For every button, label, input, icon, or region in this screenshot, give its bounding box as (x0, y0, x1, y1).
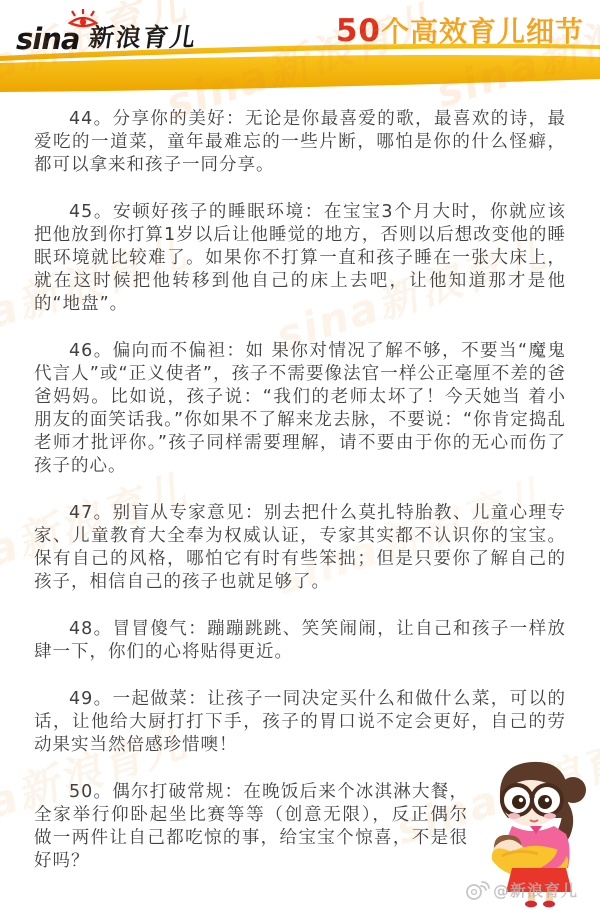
sina-logo-cn-text: 新浪育儿 (87, 23, 199, 53)
tip-paragraph-47: 47。别盲从专家意见：别去把什么莫扎特胎教、儿童心理专家、儿童教育大全奉为权威认… (34, 502, 566, 594)
title-number: 50 (336, 13, 381, 49)
weibo-credit: @新浪育儿 (464, 878, 578, 901)
tip-paragraph-49: 49。一起做菜：让孩子一同决定买什么和做什么菜，可以的话，让他给大厨打打下手，孩… (34, 688, 566, 757)
weibo-credit-text: @新浪育儿 (493, 878, 578, 901)
sina-logo: sina 新浪育儿 (16, 10, 197, 52)
tip-paragraph-44: 44。分享你的美好：无论是你最喜爱的歌，最喜欢的诗，最爱吃的一道菜，童年最难忘的… (34, 108, 566, 177)
tip-paragraph-48: 48。冒冒傻气：蹦蹦跳跳、笑笑闹闹，让自己和孩子一样放肆一下，你们的心将贴得更近… (34, 618, 566, 664)
page-title: 50个高效育儿细节 (336, 10, 584, 50)
page-header: sina 新浪育儿 50个高效育儿细节 (0, 0, 600, 105)
weibo-icon (464, 879, 490, 901)
tip-paragraph-46: 46。偏向而不偏袒：如 果你对情况了解不够，不要当“魔鬼代言人”或“正义使者”，… (34, 340, 566, 478)
article-page: sina新浪育儿 sina新浪育儿 sina新浪育儿 sina新浪育儿 sina… (0, 0, 600, 910)
title-text: 个高效育儿细节 (381, 15, 584, 48)
tip-paragraph-45: 45。安顿好孩子的睡眠环境：在宝宝3个月大时，你就应该把他放到你打算1岁以后让他… (34, 201, 566, 316)
